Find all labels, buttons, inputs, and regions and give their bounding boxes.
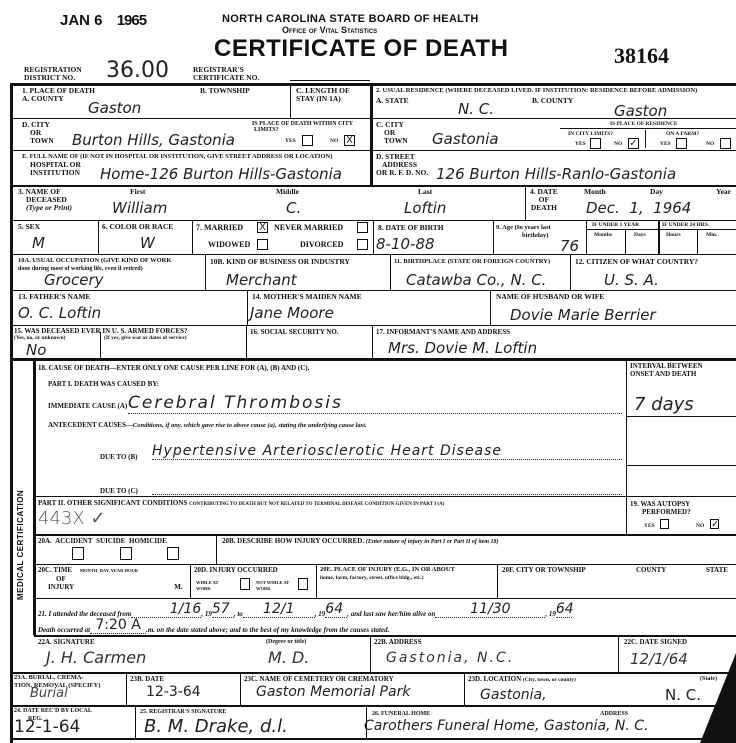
divider (10, 118, 370, 119)
death-time-statement: Death occurred at 7:20 A .m. on the date… (38, 617, 389, 634)
date-of-death-value[interactable]: Dec. 1, 1964 (586, 199, 691, 217)
divider (10, 738, 736, 740)
burial-date-label: 23b. Date (130, 675, 164, 683)
autopsy-no-checkbox[interactable]: ✓ (710, 519, 719, 529)
center-divider (370, 83, 373, 185)
divider (372, 150, 736, 151)
burial-location-value[interactable]: Gastonia, (480, 687, 547, 703)
divider (626, 358, 627, 534)
divider (586, 220, 587, 254)
divider (34, 496, 736, 497)
business-value[interactable]: Merchant (226, 271, 297, 289)
stamp-year: 1965 (117, 12, 146, 29)
city-limits-yes-label: Yes (575, 141, 586, 147)
interval-label: Interval Between Onset and Death (630, 362, 703, 378)
within-limits-no-checkbox[interactable]: X (344, 135, 355, 146)
residence-county-value[interactable]: Gaston (614, 102, 667, 120)
divider (372, 325, 373, 358)
year-label: Year (716, 188, 731, 196)
farm-yes-checkbox[interactable] (676, 138, 687, 149)
injury-description-label: 20b. Describe How Injury Occurred. (Ente… (222, 537, 499, 546)
min-label: Min. (706, 232, 717, 238)
death-city-value[interactable]: Burton Hills, Gastonia (72, 131, 235, 149)
funeral-home-label: 26. Funeral Home (372, 710, 430, 718)
informant-label: 17. Informant's Name and Address (376, 328, 510, 336)
divider (216, 534, 217, 564)
registrar-certificate: Registrar's Certificate No. (193, 66, 259, 82)
never-married-label: Never Married (274, 224, 343, 232)
under-1-year-label: If under 1 year (592, 222, 639, 228)
age-value[interactable]: 76 (560, 237, 579, 255)
armed-forces-value[interactable]: No (26, 341, 46, 359)
sex-label: 5. Sex (18, 223, 40, 231)
registration-district-value[interactable]: 36.00 (106, 58, 169, 83)
divorced-label: Divorced (300, 241, 343, 249)
widowed-label: Widowed (208, 241, 250, 249)
death-city-label: d. City or Town (22, 121, 54, 145)
burial-location-label: 23d. Location (City, town, or county) (468, 675, 576, 684)
date-signed-label: 22c. Date Signed (624, 638, 687, 646)
injury-occurred-label: 20d. Injury Occurred (194, 566, 278, 574)
armed-forces-label: 15. Was Deceased Ever in U. S. Armed For… (14, 327, 188, 335)
spouse-label: Name of Husband or Wife (496, 293, 604, 301)
citizen-label: 12. Citizen of What Country? (575, 258, 698, 266)
cause-of-death-header: 18. Cause of Death—Enter only one cause … (38, 364, 309, 372)
autopsy-label: 19. Was Autopsy Performed? (630, 500, 691, 516)
divider (372, 118, 736, 119)
dob-label: 8. Date of Birth (378, 224, 444, 232)
left-border (10, 83, 13, 743)
cemetery-value[interactable]: Gaston Memorial Park (256, 684, 410, 700)
divider (464, 672, 465, 705)
divider (246, 325, 247, 358)
divider (625, 230, 626, 254)
funeral-address-label: Address (600, 710, 628, 718)
farm-yes-label: Yes (660, 141, 671, 147)
city-limits-yes-checkbox[interactable] (590, 138, 601, 149)
death-county-value[interactable]: Gaston (88, 99, 141, 117)
time-of-injury-label: 20c. Time Month, Day, Year Hour of Injur… (38, 566, 183, 591)
due-to-c-label: Due to (c) (100, 487, 138, 495)
suicide-checkbox[interactable] (120, 547, 132, 560)
race-value[interactable]: W (140, 234, 155, 252)
divider (100, 332, 101, 358)
burial-state-label: (State) (700, 675, 717, 683)
office-name: Office of Vital Statistics (282, 25, 377, 35)
divider (192, 220, 193, 254)
place-of-death-label: 1. Place of Death a. County (22, 87, 95, 103)
farm-no-checkbox[interactable] (720, 138, 731, 149)
divider (98, 220, 99, 254)
divider (10, 254, 736, 255)
divider (135, 705, 136, 738)
last-saw-alive-value[interactable]: 11/30 (435, 601, 545, 618)
middle-name-label: Middle (276, 188, 299, 196)
under-24-hrs-label: If under 24 hrs. (662, 222, 709, 228)
within-limits-yes-label: Yes (285, 138, 296, 144)
immediate-cause-label: Immediate Cause (a) (48, 402, 127, 410)
agency-name: NORTH CAROLINA STATE BOARD OF HEALTH (222, 13, 479, 25)
hours-label: Hours (666, 232, 681, 238)
accident-suicide-homicide-label: 20a. Accident Suicide Homicide (38, 537, 167, 545)
place-of-residence-label: Is Place of Residence (610, 121, 678, 127)
attended-to-year[interactable]: 64 (325, 601, 347, 618)
date-received-value[interactable]: 12-1-64 (14, 717, 80, 737)
divider (645, 130, 646, 148)
months-label: Months (594, 232, 612, 238)
divider (247, 290, 248, 325)
immediate-cause-value[interactable]: Cerebral Thrombosis (128, 393, 622, 414)
registration-district: Registration District No. (24, 66, 82, 82)
month-label: Month (584, 188, 606, 196)
death-time-value[interactable]: 7:20 A (90, 617, 146, 634)
divider (10, 325, 736, 326)
part1-label: Part I. Death was caused by: (48, 380, 159, 388)
widowed-checkbox[interactable] (257, 239, 268, 250)
certificate-number: 38164 (614, 43, 669, 69)
date-of-death-label: 4. Date of Death (530, 188, 558, 212)
divider (34, 564, 736, 565)
burial-value[interactable]: Burial (30, 686, 68, 701)
divider (126, 672, 127, 705)
divider (490, 290, 491, 325)
day-label: Day (650, 188, 663, 196)
stamp-date: JAN 6 (60, 12, 103, 29)
divider (316, 564, 317, 598)
farm-no-label: No (706, 141, 714, 147)
divider (525, 185, 526, 220)
divider (570, 254, 571, 290)
due-to-b-value[interactable]: Hypertensive Arteriosclerotic Heart Dise… (152, 443, 622, 460)
divider (10, 358, 736, 361)
dob-value[interactable]: 8-10-88 (376, 235, 435, 253)
residence-city-label: c. City or Town (376, 121, 408, 145)
medical-certification-side-label: MEDICAL CERTIFICATION (16, 490, 25, 600)
not-while-at-work-checkbox[interactable] (298, 578, 308, 590)
degree-label: (Degree or title) (266, 638, 306, 646)
while-at-work-label: While at Work (196, 580, 226, 592)
divorced-checkbox[interactable] (357, 239, 368, 250)
father-label: 13. Father's Name (18, 293, 90, 301)
cemetery-label: 23c. Name of Cemetery or Crematory (244, 675, 394, 683)
last-saw-alive-year[interactable]: 64 (556, 601, 572, 618)
divider (34, 598, 736, 599)
antecedent-label: Antecedent Causes—Conditions, if any, wh… (48, 421, 367, 430)
first-name-value[interactable]: William (112, 199, 167, 217)
residence-state-label: a. State (376, 97, 409, 105)
last-name-label: Last (418, 188, 432, 196)
mother-value[interactable]: Jane Moore (250, 304, 334, 322)
not-while-at-work-label: Not While at Work (256, 580, 292, 592)
city-limits-no-checkbox[interactable]: ✓ (628, 138, 639, 149)
divider (10, 705, 736, 707)
burial-date-value[interactable]: 12-3-64 (146, 684, 201, 700)
ssn-label: 16. Social Security No. (250, 328, 339, 336)
sex-value[interactable]: M (32, 234, 45, 252)
divider (586, 229, 736, 230)
divider (658, 220, 660, 254)
place-of-injury-label: 20e. Place of Injury (e.g., in or about … (320, 566, 455, 582)
last-name-value[interactable]: Loftin (404, 199, 446, 217)
street-address-label: d. Street Address or R. F. D. No. (376, 153, 428, 177)
birthplace-label: 11. Birthplace (State or foreign country… (394, 258, 550, 266)
age-label: 9. Age (In years last birthday) (496, 224, 551, 240)
residence-county-label: b. County (532, 97, 573, 105)
within-limits-yes-checkbox[interactable] (302, 135, 313, 146)
divider (560, 128, 736, 129)
citizen-value[interactable]: U. S. A. (604, 271, 659, 289)
informant-value[interactable]: Mrs. Dovie M. Loftin (388, 339, 537, 357)
city-township-label: 20f. City or Township (502, 566, 586, 574)
never-married-checkbox[interactable] (357, 222, 368, 233)
divider (373, 220, 374, 254)
due-to-b-label: Due to (b) (100, 453, 137, 461)
date-signed-value[interactable]: 12/1/64 (630, 650, 688, 668)
top-border (10, 83, 736, 86)
first-name-label: First (130, 188, 145, 196)
corner-mark (700, 653, 736, 743)
race-label: 6. Color or Race (102, 223, 173, 231)
accident-checkbox[interactable] (72, 547, 84, 560)
attended-from-value[interactable]: 1/16 (131, 601, 201, 618)
city-limits-no-label: No (614, 141, 622, 147)
divider (370, 635, 371, 672)
on-farm-label: On a Farm? (666, 131, 699, 137)
injury-county-label: County (636, 566, 666, 574)
birthplace-value[interactable]: Catawba Co., N. C. (406, 271, 546, 289)
residence-city-value[interactable]: Gastonia (432, 130, 499, 148)
divider (626, 416, 736, 417)
physician-address-value[interactable]: Gastonia, N.C. (386, 650, 514, 666)
township-label: b. Township (200, 87, 250, 95)
divider (10, 150, 370, 151)
divider (205, 254, 206, 290)
autopsy-no-label: No (696, 523, 704, 529)
father-value[interactable]: O. C. Loftin (18, 304, 101, 322)
mother-label: 14. Mother's Maiden Name (252, 293, 362, 301)
divider (240, 672, 241, 705)
interval-value[interactable]: 7 days (634, 394, 694, 415)
registrar-signature-label: 25. Registrar's Signature (140, 708, 226, 716)
while-at-work-checkbox[interactable] (240, 578, 250, 590)
attended-from-year[interactable]: 57 (212, 601, 234, 618)
attended-to-value[interactable]: 12/1 (243, 601, 315, 618)
divider (34, 534, 736, 536)
homicide-checkbox[interactable] (167, 547, 179, 560)
residence-state-value[interactable]: N. C. (458, 100, 494, 118)
length-of-stay-label: c. Length of Stay (in 1a) (296, 87, 350, 103)
signature-label: 22a. Signature (38, 638, 95, 646)
hospital-value[interactable]: Home-126 Burton Hills-Gastonia (100, 165, 342, 183)
divider (390, 254, 391, 290)
attendance-statement: 21. I attended the deceased from 1/16 , … (38, 601, 572, 618)
divider (190, 564, 191, 598)
married-checkbox[interactable]: X (257, 222, 268, 233)
autopsy-yes-checkbox[interactable] (660, 519, 669, 529)
due-to-c-value[interactable] (152, 494, 622, 495)
days-label: Days (634, 232, 646, 238)
street-address-value[interactable]: 126 Burton Hills-Ranlo-Gastonia (436, 165, 676, 183)
divider (34, 635, 736, 637)
divider (10, 185, 736, 187)
married-label: 7. Married (196, 224, 243, 232)
within-limits-no-label: No (330, 138, 338, 144)
deceased-name-label: 3. Name of Deceased (Type or Print) (18, 188, 72, 212)
divider (290, 83, 291, 118)
divider (626, 465, 736, 466)
usual-residence-label: 2. Usual Residence (Where deceased lived… (376, 87, 697, 95)
in-city-limits-label: In City Limits? (568, 131, 613, 137)
service-dates-hint: (If yes, give war or dates of service) (104, 335, 187, 341)
divider (618, 635, 619, 672)
divider (10, 290, 736, 291)
within-city-limits-label: Is Place of Death Within City Limits? (252, 121, 353, 133)
divider (497, 564, 498, 598)
divider (10, 672, 736, 674)
part2-value[interactable]: 443X ✓ (38, 508, 106, 529)
received-stamp: JAN 6 1965 (60, 12, 146, 29)
funeral-home-value[interactable]: Carothers Funeral Home, Gastonia, N. C. (364, 718, 649, 734)
degree-value[interactable]: M. D. (268, 648, 309, 667)
divider (697, 230, 698, 254)
physician-address-label: 22b. Address (374, 638, 421, 646)
physician-signature[interactable]: J. H. Carmen (46, 648, 146, 667)
registrar-signature-value[interactable]: B. M. Drake, d.l. (144, 716, 288, 737)
occupation-value[interactable]: Grocery (44, 271, 104, 289)
burial-state-value[interactable]: N. C. (665, 686, 701, 704)
document-title: CERTIFICATE OF DEATH (214, 35, 508, 63)
middle-name-value[interactable]: C. (286, 199, 301, 217)
divider (493, 220, 494, 254)
registrar-certificate-line (290, 80, 370, 81)
business-label: 10b. Kind of Business or Industry (210, 258, 350, 266)
injury-state-label: State (706, 566, 728, 574)
autopsy-yes-label: Yes (644, 523, 655, 529)
spouse-value[interactable]: Dovie Marie Berrier (510, 306, 656, 324)
